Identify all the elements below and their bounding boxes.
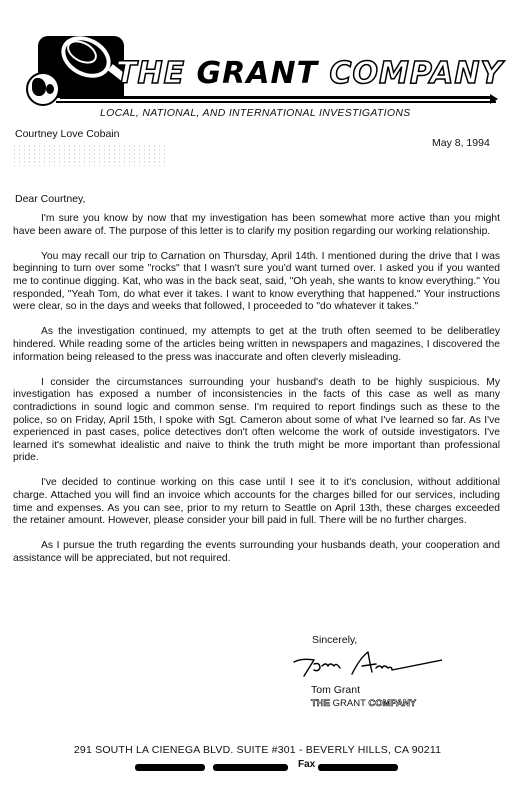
signer-company-company: COMPANY (368, 698, 416, 709)
recipient-name: Courtney Love Cobain (15, 128, 119, 140)
letterhead-rule (56, 101, 496, 103)
paragraph: As the investigation continued, my attem… (13, 326, 500, 364)
signer-company-the: THE (311, 698, 330, 709)
redacted-fax (318, 764, 398, 771)
letterhead-rule-tail (490, 94, 498, 104)
paragraph: I consider the circumstances surrounding… (13, 377, 500, 465)
paragraph: You may recall our trip to Carnation on … (13, 251, 500, 314)
signer-company: THE GRANT COMPANY (311, 697, 416, 710)
footer-address: 291 SOUTH LA CIENEGA BLVD. SUITE #301 - … (0, 744, 515, 756)
redacted-recipient-address (12, 144, 167, 166)
tagline: LOCAL, NATIONAL, AND INTERNATIONAL INVES… (100, 107, 411, 119)
paragraph: As I pursue the truth regarding the even… (13, 540, 500, 565)
paragraph: I've decided to continue working on this… (13, 477, 500, 527)
letterhead-rule (60, 96, 490, 99)
closing: Sincerely, (312, 634, 357, 646)
company-name-grant: GRANT (197, 56, 319, 91)
fax-label: Fax (298, 759, 315, 770)
signer-block: Tom Grant THE GRANT COMPANY (311, 684, 416, 710)
company-name-the: THE (116, 56, 185, 91)
salutation: Dear Courtney, (15, 193, 85, 205)
letter-date: May 8, 1994 (432, 137, 490, 149)
signature (292, 650, 442, 680)
signer-company-grant: GRANT (333, 698, 366, 709)
paragraph: I'm sure you know by now that my investi… (13, 213, 500, 238)
letterhead-logo: THE GRANT COMPANY (26, 28, 496, 108)
letter-body: I'm sure you know by now that my investi… (13, 213, 500, 578)
company-name-company: COMPANY (330, 56, 504, 91)
redacted-phone-2 (213, 764, 288, 771)
globe-icon (26, 72, 60, 106)
signer-name: Tom Grant (311, 684, 416, 697)
redacted-phone-1 (135, 764, 205, 771)
company-name: THE GRANT COMPANY (116, 56, 503, 91)
